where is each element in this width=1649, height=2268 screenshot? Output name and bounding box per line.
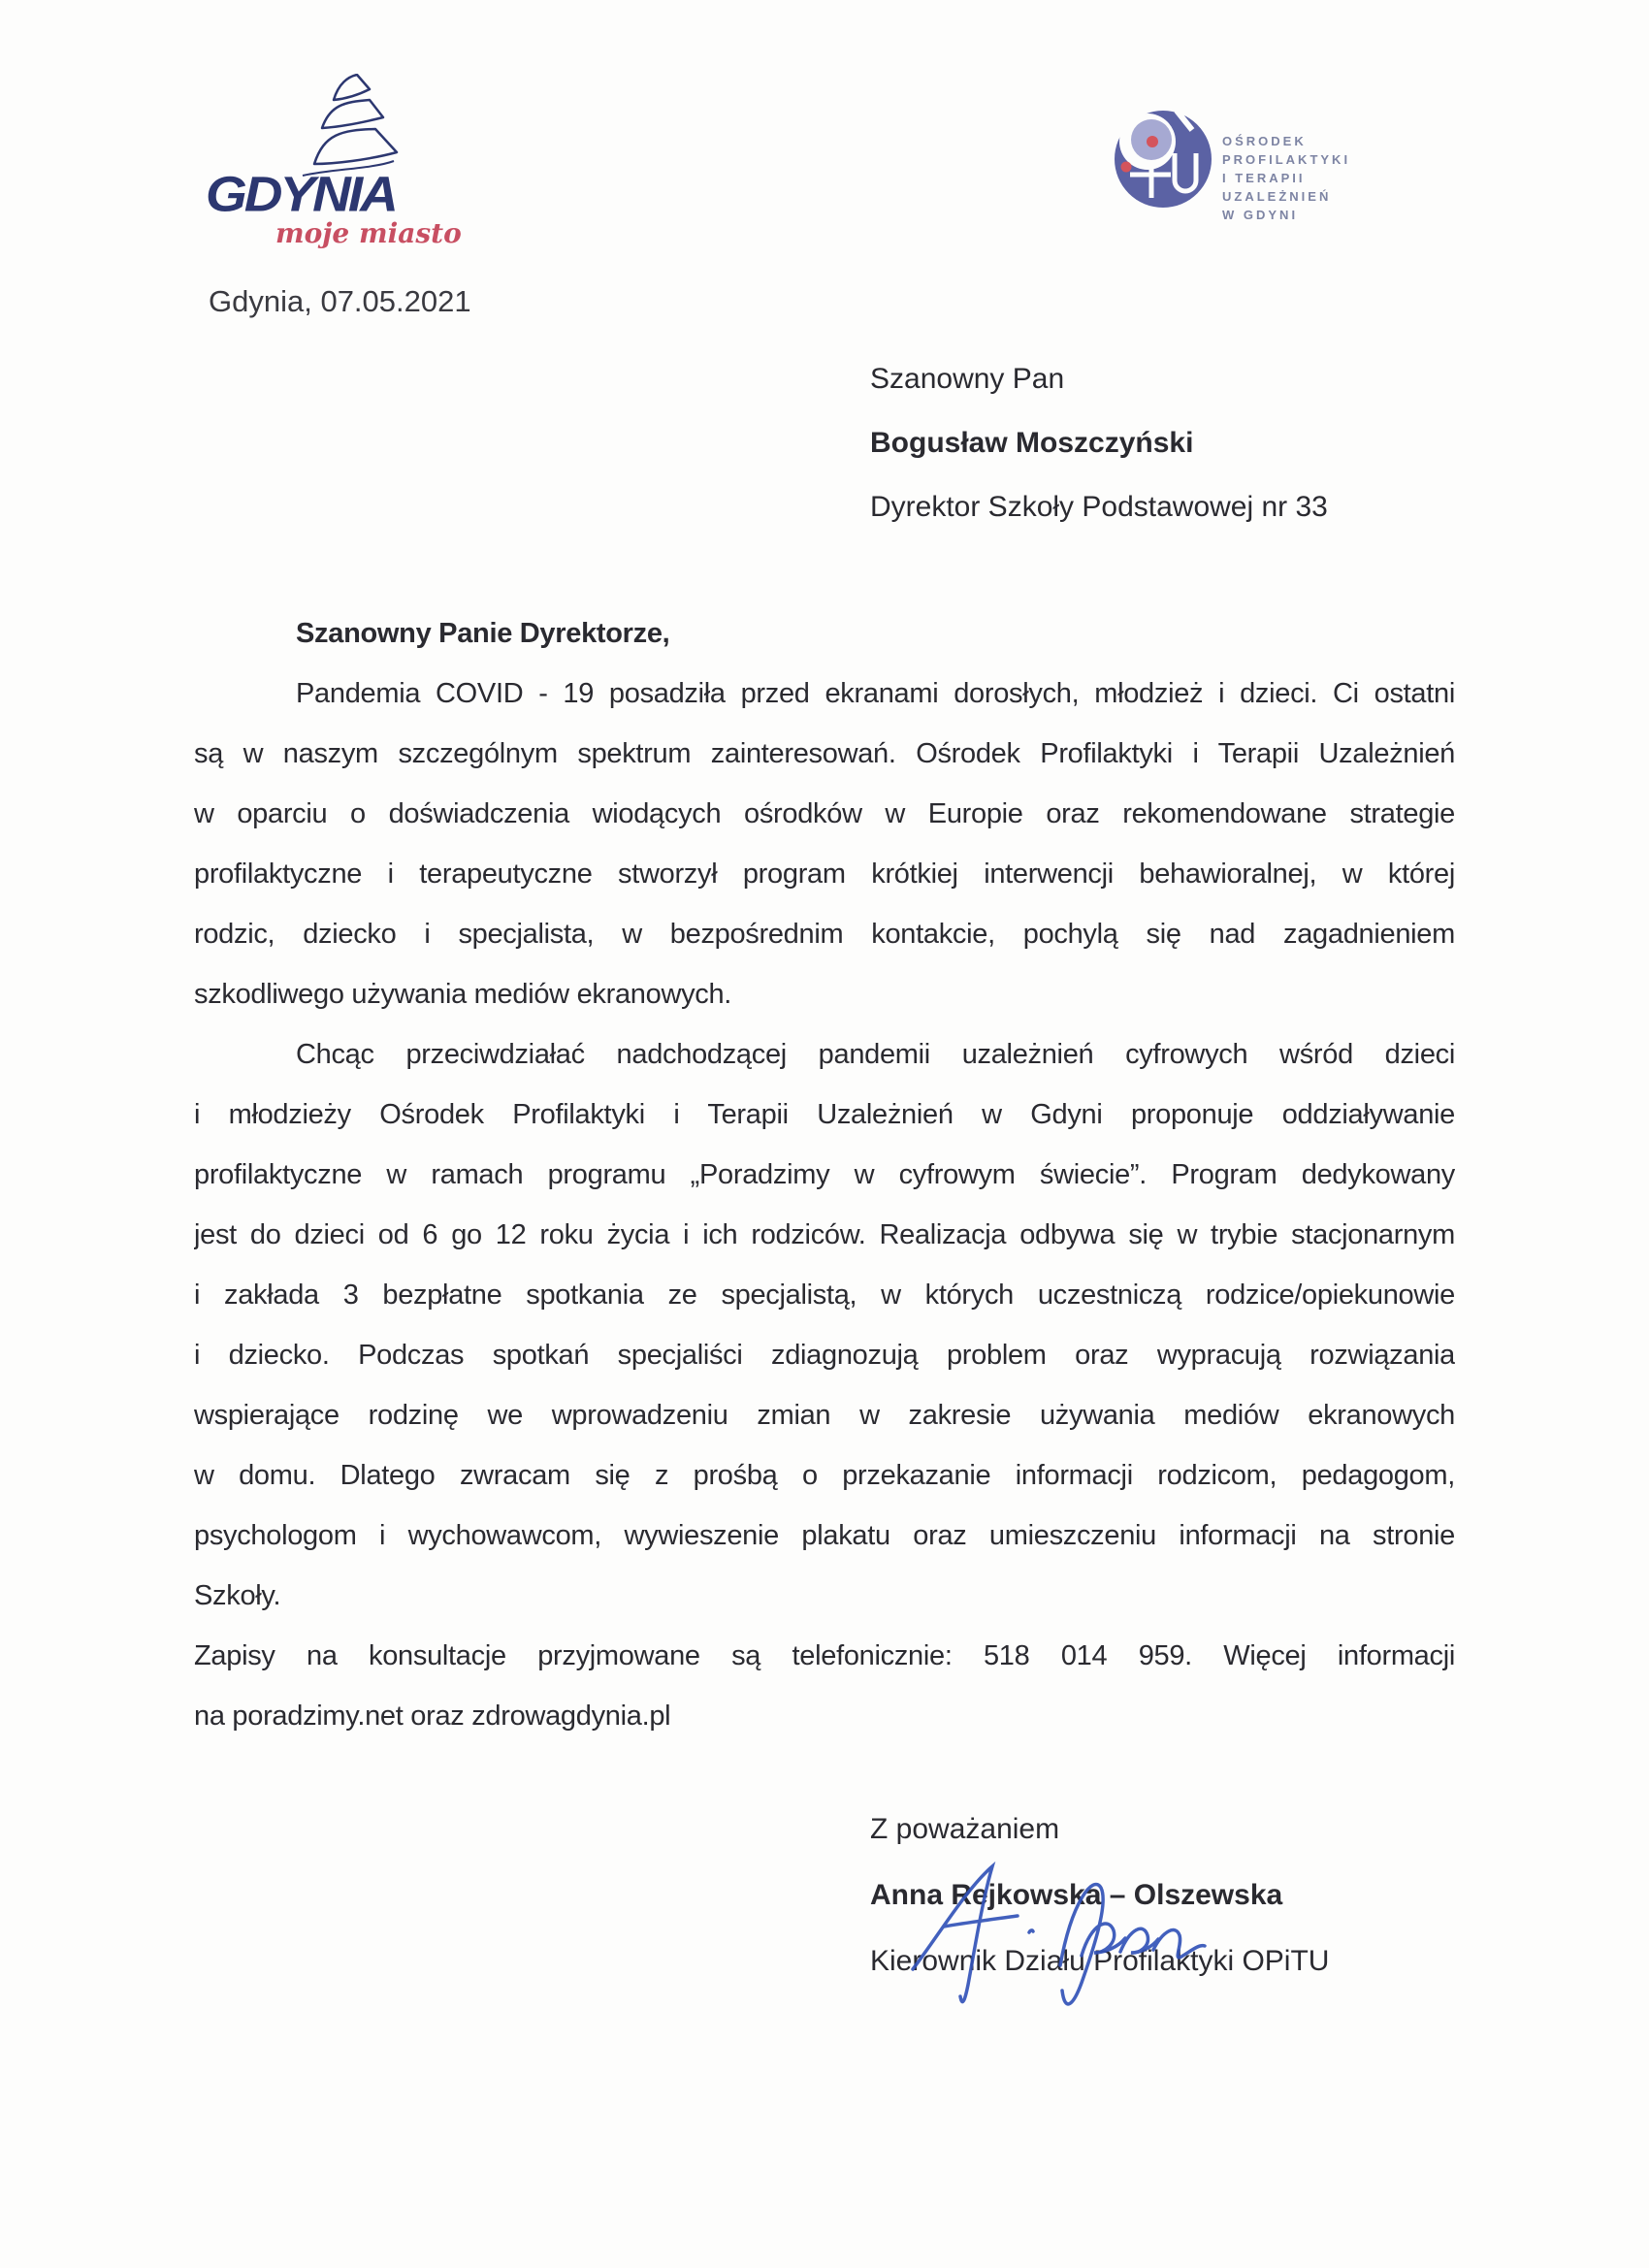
letter-body: Szanowny Panie Dyrektorze, Pandemia COVI… [194, 603, 1455, 1746]
body-line: Szanowny Panie Dyrektorze, [194, 603, 1455, 664]
opitu-mark-icon [1111, 103, 1215, 211]
body-line: Chcąc przeciwdziałać nadchodzącej pandem… [194, 1024, 1455, 1085]
opitu-logo: OŚRODEK PROFILAKTYKI I TERAPII UZALEŻNIE… [1111, 124, 1431, 236]
body-line: rodzic, dziecko i specjalista, w bezpośr… [194, 904, 1455, 964]
valediction: Z poważaniem [870, 1797, 1329, 1863]
recipient-name: Bogusław Moszczyński [870, 411, 1328, 475]
letter-date: Gdynia, 07.05.2021 [209, 284, 471, 319]
body-line: jest do dzieci od 6 go 12 roku życia i i… [194, 1205, 1455, 1265]
body-line: i dziecko. Podczas spotkań specjaliści z… [194, 1325, 1455, 1385]
body-line: i młodzieży Ośrodek Profilaktyki i Terap… [194, 1085, 1455, 1145]
recipient-title: Dyrektor Szkoły Podstawowej nr 33 [870, 475, 1328, 539]
body-line: Szkoły. [194, 1566, 1455, 1626]
opitu-name-line: W GDYNI [1222, 206, 1350, 224]
body-line: są w naszym szczególnym spektrum zainter… [194, 724, 1455, 784]
gdynia-wordmark: GDYNIA [206, 166, 396, 223]
closing-block: Z poważaniem Anna Rejkowska – Olszewska … [870, 1797, 1329, 1994]
body-line: profilaktyczne w ramach programu „Poradz… [194, 1145, 1455, 1205]
body-line: Zapisy na konsultacje przyjmowane są tel… [194, 1626, 1455, 1686]
opitu-name-line: PROFILAKTYKI [1222, 150, 1350, 169]
body-line: profilaktyczne i terapeutyczne stworzył … [194, 844, 1455, 904]
body-line: szkodliwego używania mediów ekranowych. [194, 964, 1455, 1024]
body-line: na poradzimy.net oraz zdrowagdynia.pl [194, 1686, 1455, 1746]
signer-name: Anna Rejkowska – Olszewska [870, 1863, 1329, 1928]
gdynia-logo: GDYNIA moje miasto [204, 74, 427, 258]
body-line: psychologom i wychowawcom, wywieszenie p… [194, 1506, 1455, 1566]
sailboat-icon [283, 74, 419, 178]
body-line: Pandemia COVID - 19 posadziła przed ekra… [194, 664, 1455, 724]
body-line: w oparciu o doświadczenia wiodących ośro… [194, 784, 1455, 844]
gdynia-tagline: moje miasto [275, 217, 462, 249]
opitu-name-line: UZALEŻNIEŃ [1222, 187, 1350, 206]
opitu-name-line: OŚRODEK [1222, 132, 1350, 150]
signer-title: Kierownik Działu Profilaktyki OPiTU [870, 1928, 1329, 1994]
body-line: wspierające rodzinę we wprowadzeniu zmia… [194, 1385, 1455, 1445]
body-line: w domu. Dlatego zwracam się z prośbą o p… [194, 1445, 1455, 1506]
recipient-salutation: Szanowny Pan [870, 347, 1328, 411]
body-line: i zakłada 3 bezpłatne spotkania ze specj… [194, 1265, 1455, 1325]
opitu-name-lines: OŚRODEK PROFILAKTYKI I TERAPII UZALEŻNIE… [1222, 132, 1350, 224]
scanned-letter-page: GDYNIA moje miasto OŚRODEK PROFILAKTYKI … [0, 0, 1649, 2268]
opitu-name-line: I TERAPII [1222, 169, 1350, 187]
recipient-block: Szanowny Pan Bogusław Moszczyński Dyrekt… [870, 347, 1328, 539]
